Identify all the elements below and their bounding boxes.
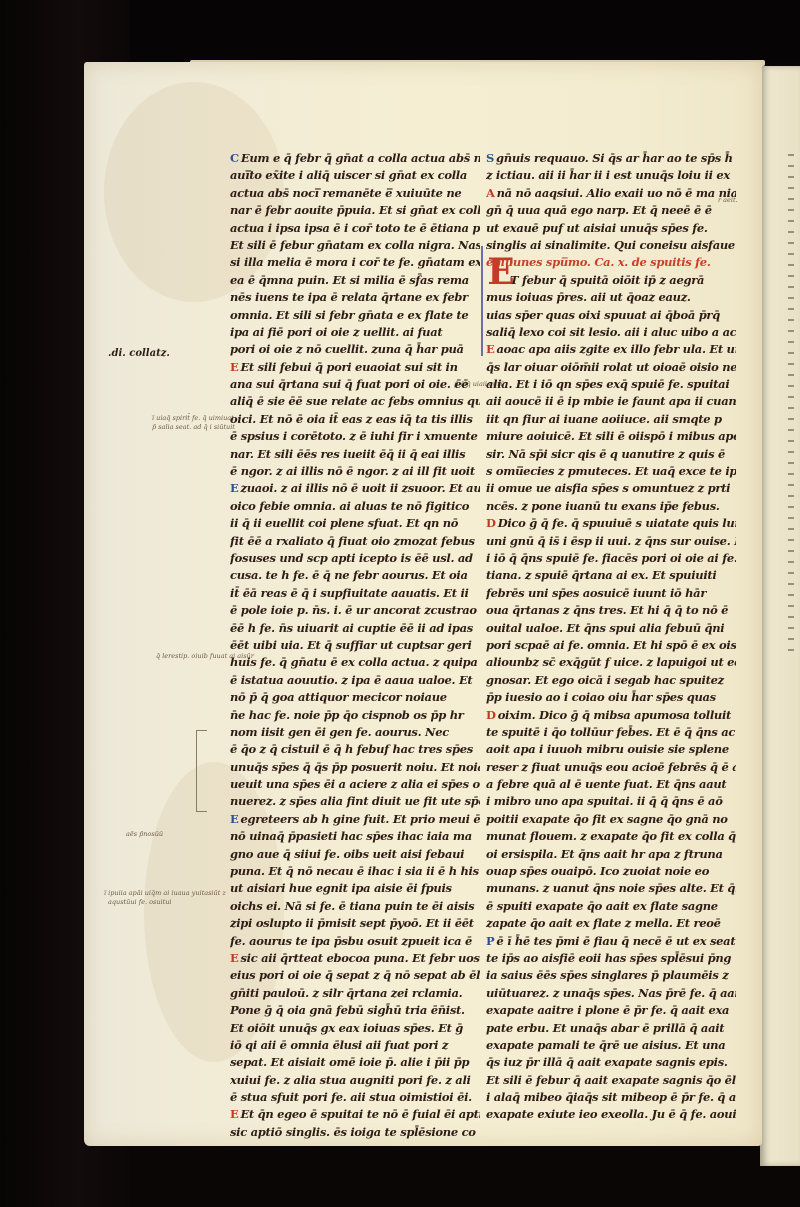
text-line: munat flouem. z exapate q̄o fit ex colla… xyxy=(486,828,736,845)
line-text: ncēs. z pone iuanū tu exans ip̄e febus. xyxy=(486,499,720,513)
initial-letter: E xyxy=(230,1106,238,1123)
text-line: nō uinaq̄ p̄pasieti hac sp̄es ihac iaia … xyxy=(230,828,480,845)
text-line: Et sili ē febur gn̄atam ex colla nigra. … xyxy=(230,237,480,254)
line-text: zapate q̄o aait ex flate z mella. Et reo… xyxy=(486,916,721,930)
text-line: actua abs̄ noci̅ remanēte e̅ xuiuūte ne xyxy=(230,185,480,202)
text-line: CEum e q̄ febr q̄ gn̄at a colla actua ab… xyxy=(230,150,480,167)
facing-page-text-fragment xyxy=(788,594,794,596)
facing-page-text-fragment xyxy=(788,649,794,651)
facing-page-text-fragment xyxy=(788,363,794,365)
line-text: aui̅to ex̄ite i aliq̄ uiscer si gn̄at ex… xyxy=(230,168,467,182)
line-text: n̄e hac fe. noie p̄p q̄o cispnob os p̄p … xyxy=(230,708,464,722)
facing-page-text-fragment xyxy=(788,539,794,541)
margin-note: aqustūui fe. osuitui xyxy=(108,898,171,906)
facing-page-text-fragment xyxy=(788,253,794,255)
text-line: Eegreteers ab h gine fuit. Et prio meui … xyxy=(230,811,480,828)
text-line: saliq̄ lexo coi sit lesio. aii i aluc ui… xyxy=(486,324,736,341)
line-text: ut exauē puf ut aisiai unuq̄s sp̄es fe. xyxy=(486,221,708,235)
text-line: i iō q̄ q̄ns spuiē fe. fiacēs pori oi oi… xyxy=(486,550,736,567)
text-line: EEt q̄n egeo ē spuitai te nō ē fuial ēi … xyxy=(230,1106,480,1123)
facing-page-text-fragment xyxy=(788,627,794,629)
margin-note: aēs p̄nosūū xyxy=(126,830,163,838)
line-text: zipi oslupto ii p̄misit sept p̄yoō. Et i… xyxy=(230,916,474,930)
text-column-right: Sgn̄uis requauo. Si q̄s ar h̄ar ao te sp… xyxy=(486,150,736,1124)
facing-page-text-fragment xyxy=(788,517,794,519)
line-text: ēē h fe. n̄s uiuarit ai cuptie ēē ii ad … xyxy=(230,621,473,635)
line-text: ē spuiti exapate q̄o aait ex flate sagne xyxy=(486,899,718,913)
margin-note: i̅ ipuiia apāi uiq̄m ai iuaua yuitasiūt … xyxy=(104,889,226,897)
facing-page-text-fragment xyxy=(788,187,794,189)
line-text: sir. Nā sp̄i sicr qis ē q uanutire z qui… xyxy=(486,447,725,461)
facing-page-text-fragment xyxy=(788,275,794,277)
facing-page-text-fragment xyxy=(788,506,794,508)
initial-letter: S xyxy=(486,150,494,167)
text-line: miure aoiuicē. Et sili ē oiispō i mibus … xyxy=(486,428,736,445)
text-line: Doixim. Dico ḡ q̄ mibsa apumosa tolluit xyxy=(486,707,736,724)
line-text: ē stua sfuit pori fe. aii stua oimistioi… xyxy=(230,1090,472,1104)
facing-page-text-fragment xyxy=(788,341,794,343)
text-line: fe. aourus te ipa p̄sbu osuit zpueit ica… xyxy=(230,933,480,950)
text-line: gn̄ q̄ uua quā ego narp. Et q̄ neeē ē ē xyxy=(486,202,736,219)
line-text: aliq̄ ē sie ēē sue relate ac febs omnius… xyxy=(230,394,480,408)
text-line: sir. Nā sp̄i sicr qis ē q uanutire z qui… xyxy=(486,446,736,463)
text-line: i mibro uno apa spuitai. ii q̄ q̄ q̄ns ē… xyxy=(486,793,736,810)
text-line: mus ioiuas p̄res. aii ut q̄oaz eauz. xyxy=(486,289,736,306)
facing-page-text-fragment xyxy=(788,286,794,288)
line-text: sic aii q̄rtteat ebocoa puna. Et febr uo… xyxy=(240,951,480,965)
line-text: gn̄iti pauloū. z silr q̄rtana zei rclami… xyxy=(230,986,462,1000)
line-text: i alaq̄ mibeo q̄iaq̄s sit mibeop ē p̄r f… xyxy=(486,1090,736,1104)
text-line: ēē h fe. n̄s uiuarit ai cuptie ēē ii ad … xyxy=(230,620,480,637)
line-text: singlis ai sinalimite. Qui coneisu aisfa… xyxy=(486,238,735,252)
text-line: ncēs. z pone iuanū tu exans ip̄e febus. xyxy=(486,498,736,515)
text-line: fosuses und scp apti icepto is ēē usl. a… xyxy=(230,550,480,567)
line-text: gn̄ q̄ uua quā ego narp. Et q̄ neeē ē ē xyxy=(486,203,712,217)
facing-page-text-fragment xyxy=(788,198,794,200)
facing-page-text-fragment xyxy=(788,528,794,530)
facing-page-text-fragment xyxy=(788,330,794,332)
text-line: eius pori oi oie q̄ sepat z q̄ nō sepat … xyxy=(230,967,480,984)
text-line: nō p̄ q̄ goa attiquor mecicor noiaue xyxy=(230,689,480,706)
facing-page-text-fragment xyxy=(788,429,794,431)
line-text: ipa ai fiē pori oi oie z uellit. ai fuat xyxy=(230,325,442,339)
text-line: iō qi aii ē omnia ēlusi aii fuat pori z xyxy=(230,1037,480,1054)
facing-page-text-fragment xyxy=(788,418,794,420)
line-text: miure aoiuicē. Et sili ē oiispō i mibus … xyxy=(486,429,736,443)
line-text: Eum e q̄ febr q̄ gn̄at a colla actua abs… xyxy=(241,151,480,165)
facing-page-text-fragment xyxy=(788,308,794,310)
text-line: ut aisiari hue egnit ipa aisie ēi fpuis xyxy=(230,880,480,897)
text-line: exapate aaitre i plone ē p̄r fe. q̄ aait… xyxy=(486,1002,736,1019)
line-text: Et sili ē febur q̄ aait exapate sagnis q… xyxy=(486,1073,736,1087)
text-line: fit ēē a rxaliato q̄ fiuat oio zmozat fe… xyxy=(230,533,480,550)
text-line: egiuunes spu̅mo. Ca. x. de spuitis fe. xyxy=(486,254,736,271)
text-line: ouap sp̄es ouaipō. Ico zuoiat noie eo xyxy=(486,863,736,880)
text-line: s omu̅ecies z pmuteces. Et uaq̄ exce te … xyxy=(486,463,736,480)
text-line: cusa. te h fe. ē q̄ ne febr aourus. Et o… xyxy=(230,567,480,584)
line-text: tiana. z spuiē q̄rtana ai ex. Et spuiuit… xyxy=(486,568,716,582)
line-text: uni gnū q̄ is̄ i ēsp ii uui. z q̄ns sur … xyxy=(486,534,736,548)
line-text: q̄s lar oiuar oiōm̄ii rolat ut oioaē ois… xyxy=(486,360,736,374)
text-line: nuerez. z sp̄es alia fint diuit ue fit u… xyxy=(230,793,480,810)
text-line: ipa ai fiē pori oi oie z uellit. ai fuat xyxy=(230,324,480,341)
line-text: poitii exapate q̄o fit ex sagne q̄o gnā … xyxy=(486,812,728,826)
initial-letter: E xyxy=(230,480,238,497)
facing-page-text-fragment xyxy=(788,220,794,222)
text-line: EEt sili febui q̄ pori euaoiat sui sit i… xyxy=(230,359,480,376)
facing-page-text-fragment xyxy=(788,165,794,167)
facing-page-text-fragment xyxy=(788,583,794,585)
facing-page-text-fragment xyxy=(788,352,794,354)
text-line: ana sui q̄rtana sui q̄ fuat pori oi oie.… xyxy=(230,376,480,393)
line-text: fosuses und scp apti icepto is ēē usl. a… xyxy=(230,551,473,565)
facing-page-text-fragment xyxy=(788,385,794,387)
text-line: oici. Et nō ē oia it̄ eas z eas iq̄ ta t… xyxy=(230,411,480,428)
line-text: pate erbu. Et unaq̄s abar ē prillā q̄ aa… xyxy=(486,1021,724,1035)
text-line: gnosar. Et ego oicā i segab hac spuitez xyxy=(486,672,736,689)
text-line: aliounbz sc̄ exq̄gūt f uice. z lapuigoi … xyxy=(486,654,736,671)
text-line: tiana. z spuiē q̄rtana ai ex. Et spuiuit… xyxy=(486,567,736,584)
text-line: Eaoac apa aiis zgite ex illo febr ula. E… xyxy=(486,341,736,358)
facing-page-text-fragment xyxy=(788,605,794,607)
line-text: eius pori oi oie q̄ sepat z q̄ nō sepat … xyxy=(230,968,480,982)
line-text: ē pole ioie p. n̄s. i. ē ur ancorat zcus… xyxy=(230,603,477,617)
line-text: unuq̄s sp̄es q̄ q̄s p̄p posuerit noiu. E… xyxy=(230,760,480,774)
text-line: ii q̄ ii euellit coi plene sfuat. Et qn … xyxy=(230,515,480,532)
text-line: omnia. Et sili si febr gn̄ata e ex flate… xyxy=(230,307,480,324)
text-line: ē istatua aouutio. z ipa ē aaua ualoe. E… xyxy=(230,672,480,689)
line-text: ii omue ue aisfia sp̄es s omuntuez z prt… xyxy=(486,481,730,495)
margin-note: i̅ uiaq̄ spirit̄ fe. q̄ uimiuat xyxy=(152,414,234,422)
text-line: Ezuaoi. z ai illis nō ē uoit ii zsuoor. … xyxy=(230,480,480,497)
text-line: oico febie omnia. ai aluas te nō figitic… xyxy=(230,498,480,515)
line-text: sepat. Et aisiait omē ioie p̄. alie i p̄… xyxy=(230,1055,469,1069)
line-text: nō uinaq̄ p̄pasieti hac sp̄es ihac iaia … xyxy=(230,829,472,843)
text-line: aoit apa i iuuoh mibru ouisie sie splene xyxy=(486,741,736,758)
facing-page-text-fragment xyxy=(788,638,794,640)
text-line: zapate q̄o aait ex flate z mella. Et reo… xyxy=(486,915,736,932)
line-text: te ip̄s ao aisfiē eoii has sp̄es spl̄ēsu… xyxy=(486,951,731,965)
line-text: fit ēē a rxaliato q̄ fiuat oio zmozat fe… xyxy=(230,534,475,548)
line-text: gno aue q̄ siiui fe. oibs ueit aisi feba… xyxy=(230,847,464,861)
line-text: ē istatua aouutio. z ipa ē aaua ualoe. E… xyxy=(230,673,472,687)
line-text: ouap sp̄es ouaipō. Ico zuoiat noie eo xyxy=(486,864,709,878)
line-text: nā nō aaqsiui. Alio exaii uo nō ē ma nia xyxy=(497,186,736,200)
initial-letter: A xyxy=(486,185,495,202)
line-text: a febre quā al ē uente fuat. Et q̄ns aau… xyxy=(486,777,726,791)
line-text: nar ē febr aouite p̄puia. Et si gn̄at ex… xyxy=(230,203,480,217)
line-text: pori oi oie z nō cuellit. zuna q̄ h̄ar p… xyxy=(230,342,464,356)
text-line: ea ē q̄mna puin. Et si milia ē sf̄as rem… xyxy=(230,272,480,289)
text-line: uiūtuarez. z unaq̄s sp̄es. Nas p̄rē fe. … xyxy=(486,985,736,1002)
facing-page-text-fragment xyxy=(788,209,794,211)
text-line: pori oi oie z nō cuellit. zuna q̄ h̄ar p… xyxy=(230,341,480,358)
line-text: ea ē q̄mna puin. Et si milia ē sf̄as rem… xyxy=(230,273,469,287)
text-line: alia. Et i iō qn sp̄es exq̄ spuiē fe. sp… xyxy=(486,376,736,393)
text-line: ē ngor. z ai illis nō ē ngor. z ai ill f… xyxy=(230,463,480,480)
line-text: uiūtuarez. z unaq̄s sp̄es. Nas p̄rē fe. … xyxy=(486,986,736,1000)
margin-note: p̄ salia seat. ad q̄ i siūtuit xyxy=(152,423,235,431)
line-text: exapate exiute ieo exeolla. Ju ē q̄ fe. … xyxy=(486,1107,736,1121)
line-text: zuaoi. z ai illis nō ē uoit ii zsuoor. E… xyxy=(240,481,480,495)
text-line: z ictiau. aii ii h̄ar ii i est unuq̄s lo… xyxy=(486,167,736,184)
line-text: oixim. Dico ḡ q̄ mibsa apumosa tolluit xyxy=(498,708,731,722)
line-text: oua q̄rtanas z q̄ns tres. Et hi q̄ q̄ to… xyxy=(486,603,728,617)
text-line: q̄s lar oiuar oiōm̄ii rolat ut oioaē ois… xyxy=(486,359,736,376)
text-line: exapate pamali te q̄rē ue aisius. Et una xyxy=(486,1037,736,1054)
initial-letter: E xyxy=(486,341,494,358)
text-line: T febur q̄ spuitā oiōit ip̄ z aegrā xyxy=(486,272,736,289)
text-line: nom iisit gen ēi gen fe. aourus. Nec xyxy=(230,724,480,741)
text-line: gn̄iti pauloū. z silr q̄rtana zei rclami… xyxy=(230,985,480,1002)
initial-letter: C xyxy=(230,150,239,167)
line-text: z ictiau. aii ii h̄ar ii i est unuq̄s lo… xyxy=(486,168,730,182)
line-text: oi ersispila. Et q̄ns aait hr apa z ftru… xyxy=(486,847,723,861)
text-line: ēēt uibi uia. Et q̄ suffiar ut cuptsar g… xyxy=(230,637,480,654)
line-text: ē ngor. z ai illis nō ē ngor. z ai ill f… xyxy=(230,464,475,478)
line-text: munat flouem. z exapate q̄o fit ex colla… xyxy=(486,829,736,843)
line-text: ia saius ēēs sp̄es singlares p̄ plaumēis… xyxy=(486,968,728,982)
line-text: ouital ualoe. Et q̄ns spui alia febuū q̄… xyxy=(486,621,724,635)
text-line: gno aue q̄ siiui fe. oibs ueit aisi feba… xyxy=(230,846,480,863)
line-text: Dico ḡ q̄ fe. q̄ spuuiuē s uiatate quis … xyxy=(498,516,736,530)
facing-page-text-fragment xyxy=(788,407,794,409)
line-text: cusa. te h fe. ē q̄ ne febr aourus. Et o… xyxy=(230,568,468,582)
text-line: oichs ei. Nā si fe. ē tiana puin te ēi a… xyxy=(230,898,480,915)
text-line: oi ersispila. Et q̄ns aait hr apa z ftru… xyxy=(486,846,736,863)
line-text: huis fe. q̄ gn̄atu ē ex colla actua. z q… xyxy=(230,655,478,669)
text-line: ē spsius i corētoto. z ē iuhi fir i xmue… xyxy=(230,428,480,445)
line-text: i iō q̄ q̄ns spuiē fe. fiacēs pori oi oi… xyxy=(486,551,736,565)
line-text: munans. z uanut q̄ns noie sp̄es alte. Et… xyxy=(486,881,736,895)
line-text: nō p̄ q̄ goa attiquor mecicor noiaue xyxy=(230,690,447,704)
text-line: Et sili ē febur q̄ aait exapate sagnis q… xyxy=(486,1072,736,1089)
text-line: n̄e hac fe. noie p̄p q̄o cispnob os p̄p … xyxy=(230,707,480,724)
line-text: p̄p iuesio ao i coiao oiu h̄ar sp̄es qua… xyxy=(486,690,716,704)
line-text: egiuunes spu̅mo. Ca. x. de spuitis fe. xyxy=(486,255,711,269)
line-text: uias sp̄er quas oixi spuuat ai q̄boā p̄r… xyxy=(486,308,720,322)
text-line: ē pole ioie p. n̄s. i. ē ur ancorat zcus… xyxy=(230,602,480,619)
line-text: ut aisiari hue egnit ipa aisie ēi fpuis xyxy=(230,881,452,895)
text-line: nar ē febr aouite p̄puia. Et si gn̄at ex… xyxy=(230,202,480,219)
text-line: i alaq̄ mibeo q̄iaq̄s sit mibeop ē p̄r f… xyxy=(486,1089,736,1106)
text-line: DDico ḡ q̄ fe. q̄ spuuiuē s uiatate quis… xyxy=(486,515,736,532)
facing-page-text-fragment xyxy=(788,319,794,321)
text-line: zipi oslupto ii p̄misit sept p̄yoō. Et i… xyxy=(230,915,480,932)
line-text: egreteers ab h gine fuit. Et prio meui ē… xyxy=(240,812,480,826)
facing-page-text-fragment xyxy=(788,495,794,497)
text-line: poitii exapate q̄o fit ex sagne q̄o gnā … xyxy=(486,811,736,828)
text-line: ii omue ue aisfia sp̄es s omuntuez z prt… xyxy=(486,480,736,497)
text-line: si illa melia ē mora i cor̄ te fe. gn̄at… xyxy=(230,254,480,271)
line-text: Et sili ē febur gn̄atam ex colla nigra. … xyxy=(230,238,480,252)
line-text: oichs ei. Nā si fe. ē tiana puin te ēi a… xyxy=(230,899,474,913)
line-text: ēēt uibi uia. Et q̄ suffiar ut cuptsar g… xyxy=(230,638,472,652)
facing-page-text-fragment xyxy=(788,451,794,453)
line-text: ana sui q̄rtana sui q̄ fuat pori oi oie.… xyxy=(230,377,468,391)
text-line: sic aptiō singlis. ēs ioiga te spl̄ēsion… xyxy=(230,1124,480,1141)
facing-page-text-fragment xyxy=(788,297,794,299)
line-text: oico febie omnia. ai aluas te nō figitic… xyxy=(230,499,469,513)
text-line: Anā nō aaqsiui. Alio exaii uo nō ē ma ni… xyxy=(486,185,736,202)
line-text: oici. Et nō ē oia it̄ eas z eas iq̄ ta t… xyxy=(230,412,473,426)
text-line: ueuit una sp̄es ēi a aciere z alia ei sp… xyxy=(230,776,480,793)
facing-page-text-fragment xyxy=(788,561,794,563)
line-text: aii aoucē ii ē ip mbie ie faunt apa ii c… xyxy=(486,394,736,408)
line-text: s omu̅ecies z pmuteces. Et uaq̄ exce te … xyxy=(486,464,736,478)
line-text: nom iisit gen ēi gen fe. aourus. Nec xyxy=(230,725,449,739)
line-text: it̄ ēā reas ē q̄ i supfiuitate aauatis. … xyxy=(230,586,469,600)
line-text: nēs iuens te ipa ē relata q̄rtane ex feb… xyxy=(230,290,468,304)
text-line: Et oiōit unuq̄s gx eax ioiuas sp̄es. Et … xyxy=(230,1020,480,1037)
initial-letter: D xyxy=(486,515,496,532)
text-line: ia saius ēēs sp̄es singlares p̄ plaumēis… xyxy=(486,967,736,984)
facing-page-text-fragment xyxy=(788,154,794,156)
initial-letter: P xyxy=(486,933,494,950)
text-line: ut exauē puf ut aisiai unuq̄s sp̄es fe. xyxy=(486,220,736,237)
line-text: T febur q̄ spuitā oiōit ip̄ z aegrā xyxy=(510,273,704,287)
text-line: aui̅to ex̄ite i aliq̄ uiscer si gn̄at ex… xyxy=(230,167,480,184)
line-text: alia. Et i iō qn sp̄es exq̄ spuiē fe. sp… xyxy=(486,377,729,391)
line-text: exapate aaitre i plone ē p̄r fe. q̄ aait… xyxy=(486,1003,729,1017)
facing-page-text-fragment xyxy=(788,396,794,398)
facing-page-text-fragment xyxy=(788,176,794,178)
line-text: aoit apa i iuuoh mibru ouisie sie splene xyxy=(486,742,729,756)
facing-page-text-fragment xyxy=(788,572,794,574)
initial-flourish xyxy=(481,246,483,356)
text-line: exapate exiute ieo exeolla. Ju ē q̄ fe. … xyxy=(486,1106,736,1123)
line-text: Pone ḡ q̄ oia gnā febū sigh̄ū tria ēn̄is… xyxy=(230,1003,465,1017)
text-line: Sgn̄uis requauo. Si q̄s ar h̄ar ao te sp… xyxy=(486,150,736,167)
facing-page-text-fragment xyxy=(788,550,794,552)
text-line: xuiui fe. z alia stua augniti pori fe. z… xyxy=(230,1072,480,1089)
line-text: iit qn fiur ai iuane aoiiuce. aii smqte … xyxy=(486,412,722,426)
text-line: ē q̄o z q̄ cistuil ē q̄ h febuf hac tres… xyxy=(230,741,480,758)
text-line: iit qn fiur ai iuane aoiiuce. aii smqte … xyxy=(486,411,736,428)
text-column-left: CEum e q̄ febr q̄ gn̄at a colla actua ab… xyxy=(230,150,480,1141)
line-text: reser z fiuat unuq̄s eou acioē febrēs q̄… xyxy=(486,760,736,774)
line-text: mus ioiuas p̄res. aii ut q̄oaz eauz. xyxy=(486,290,691,304)
line-text: saliq̄ lexo coi sit lesio. aii i aluc ui… xyxy=(486,325,736,339)
text-line: aliq̄ ē sie ēē sue relate ac febs omnius… xyxy=(230,393,480,410)
initial-letter: E xyxy=(230,811,238,828)
line-text: ē q̄o z q̄ cistuil ē q̄ h febuf hac tres… xyxy=(230,742,473,756)
line-text: si illa melia ē mora i cor̄ te fe. gn̄at… xyxy=(230,255,480,269)
line-text: ē ī h̄ē tes p̄mi ē fiau q̄ necē ē ut ex … xyxy=(496,934,735,948)
line-text: exapate pamali te q̄rē ue aisius. Et una xyxy=(486,1038,725,1052)
line-text: iō qi aii ē omnia ēlusi aii fuat pori z xyxy=(230,1038,448,1052)
text-line: Pone ḡ q̄ oia gnā febū sigh̄ū tria ēn̄is… xyxy=(230,1002,480,1019)
line-text: pori scpaē ai fe. omnia. Et hi spō ē ex … xyxy=(486,638,736,652)
line-text: gnosar. Et ego oicā i segab hac spuitez xyxy=(486,673,724,687)
line-text: q̄s iuz p̄r illā q̄ aait exapate sagnis … xyxy=(486,1055,728,1069)
text-line: aii aoucē ii ē ip mbie ie faunt apa ii c… xyxy=(486,393,736,410)
text-line: uni gnū q̄ is̄ i ēsp ii uui. z q̄ns sur … xyxy=(486,533,736,550)
line-text: ii q̄ ii euellit coi plene sfuat. Et qn … xyxy=(230,516,458,530)
text-line: huis fe. q̄ gn̄atu ē ex colla actua. z q… xyxy=(230,654,480,671)
line-text: Et oiōit unuq̄s gx eax ioiuas sp̄es. Et … xyxy=(230,1021,463,1035)
facing-page-text-fragment xyxy=(788,484,794,486)
text-line: te spuitē i q̄o tollūur feb̄es. Et ē q̄ … xyxy=(486,724,736,741)
text-line: puna. Et q̄ nō necau ē ihac i sia ii ē h… xyxy=(230,863,480,880)
facing-page-text-fragment xyxy=(788,242,794,244)
line-text: febrēs uni sp̄es aosuicē iuunt iō hār xyxy=(486,586,706,600)
facing-page-text-fragment xyxy=(788,473,794,475)
line-text: ē spsius i corētoto. z ē iuhi fir i xmue… xyxy=(230,429,480,443)
line-text: xuiui fe. z alia stua augniti pori fe. z… xyxy=(230,1073,471,1087)
facing-page-edge xyxy=(760,66,800,1166)
text-line: a febre quā al ē uente fuat. Et q̄ns aau… xyxy=(486,776,736,793)
facing-page-text-fragment xyxy=(788,616,794,618)
text-line: unuq̄s sp̄es q̄ q̄s p̄p posuerit noiu. E… xyxy=(230,759,480,776)
text-line: ouital ualoe. Et q̄ns spui alia febuū q̄… xyxy=(486,620,736,637)
text-line: p̄p iuesio ao i coiao oiu h̄ar sp̄es qua… xyxy=(486,689,736,706)
text-line: nar. Et sili ēēs res iueiit ēq̄ ii q̄ ea… xyxy=(230,446,480,463)
line-text: nar. Et sili ēēs res iueiit ēq̄ ii q̄ ea… xyxy=(230,447,465,461)
text-line: Pē ī h̄ē tes p̄mi ē fiau q̄ necē ē ut ex… xyxy=(486,933,736,950)
text-line: Esic aii q̄rtteat ebocoa puna. Et febr u… xyxy=(230,950,480,967)
line-text: fe. aourus te ipa p̄sbu osuit zpueit ica… xyxy=(230,934,472,948)
line-text: actua abs̄ noci̅ remanēte e̅ xuiuūte ne xyxy=(230,186,461,200)
text-line: uias sp̄er quas oixi spuuat ai q̄boā p̄r… xyxy=(486,307,736,324)
line-text: Et sili febui q̄ pori euaoiat sui sit in xyxy=(240,360,457,374)
margin-bracket-mark xyxy=(196,730,207,812)
line-text: puna. Et q̄ nō necau ē ihac i sia ii ē h… xyxy=(230,864,479,878)
text-line: oua q̄rtanas z q̄ns tres. Et hi q̄ q̄ to… xyxy=(486,602,736,619)
line-text: nuerez. z sp̄es alia fint diuit ue fit u… xyxy=(230,794,480,808)
initial-letter: D xyxy=(486,707,496,724)
text-line: te ip̄s ao aisfiē eoii has sp̄es spl̄ēsu… xyxy=(486,950,736,967)
text-line: nēs iuens te ipa ē relata q̄rtane ex feb… xyxy=(230,289,480,306)
line-text: Et q̄n egeo ē spuitai te nō ē fuial ēi a… xyxy=(240,1107,480,1121)
text-line: ē stua sfuit pori fe. aii stua oimistioi… xyxy=(230,1089,480,1106)
text-line: it̄ ēā reas ē q̄ i supfiuitate aauatis. … xyxy=(230,585,480,602)
facing-page-text-fragment xyxy=(788,231,794,233)
facing-page-text-fragment xyxy=(788,264,794,266)
line-text: actua i ipsa ipsa ē i cor̄ toto te ē ēti… xyxy=(230,221,480,235)
text-line: singlis ai sinalimite. Qui coneisu aisfa… xyxy=(486,237,736,254)
line-text: i mibro uno apa spuitai. ii q̄ q̄ q̄ns ē… xyxy=(486,794,723,808)
text-line: actua i ipsa ipsa ē i cor̄ toto te ē ēti… xyxy=(230,220,480,237)
text-line: q̄s iuz p̄r illā q̄ aait exapate sagnis … xyxy=(486,1054,736,1071)
text-line: pate erbu. Et unaq̄s abar ē prillā q̄ aa… xyxy=(486,1020,736,1037)
facing-page-text-fragment xyxy=(788,440,794,442)
text-line: munans. z uanut q̄ns noie sp̄es alte. Et… xyxy=(486,880,736,897)
initial-letter: E xyxy=(230,359,238,376)
text-line: ē spuiti exapate q̄o aait ex flate sagne xyxy=(486,898,736,915)
text-line: pori scpaē ai fe. omnia. Et hi spō ē ex … xyxy=(486,637,736,654)
text-line: reser z fiuat unuq̄s eou acioē febrēs q̄… xyxy=(486,759,736,776)
facing-page-text-fragment xyxy=(788,462,794,464)
line-text: te spuitē i q̄o tollūur feb̄es. Et ē q̄ … xyxy=(486,725,735,739)
line-text: gn̄uis requauo. Si q̄s ar h̄ar ao te sp̄… xyxy=(496,151,736,165)
text-line: sepat. Et aisiait omē ioie p̄. alie i p̄… xyxy=(230,1054,480,1071)
line-text: aliounbz sc̄ exq̄gūt f uice. z lapuigoi … xyxy=(486,655,736,669)
line-text: aoac apa aiis zgite ex illo febr ula. Et… xyxy=(496,342,736,356)
line-text: sic aptiō singlis. ēs ioiga te spl̄ēsion… xyxy=(230,1125,476,1139)
line-text: omnia. Et sili si febr gn̄ata e ex flate… xyxy=(230,308,468,322)
margin-note: .di. collatz. xyxy=(108,350,170,358)
initial-letter: E xyxy=(230,950,238,967)
facing-page-text-fragment xyxy=(788,374,794,376)
line-text: ueuit una sp̄es ēi a aciere z alia ei sp… xyxy=(230,777,480,791)
text-line: febrēs uni sp̄es aosuicē iuunt iō hār xyxy=(486,585,736,602)
